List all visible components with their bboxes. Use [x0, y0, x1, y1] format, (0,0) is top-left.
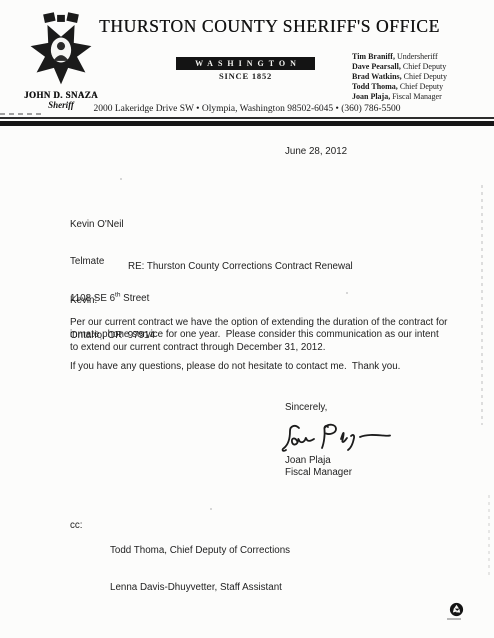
letter-date: June 28, 2012 — [285, 146, 347, 158]
staff-title: Undersheriff — [397, 52, 438, 61]
handwritten-signature-icon — [281, 421, 407, 459]
scan-speck — [120, 178, 122, 180]
cc-entry: Todd Thoma, Chief Deputy of Corrections — [110, 545, 410, 557]
scan-smudge — [447, 618, 461, 620]
body-paragraph-2: If you have any questions, please do not… — [70, 361, 448, 373]
since-line: SINCE 1852 — [176, 71, 315, 81]
staff-title: Chief Deputy — [404, 72, 447, 81]
staff-name: Dave Pearsall, — [352, 62, 401, 71]
cc-list: Todd Thoma, Chief Deputy of Corrections … — [110, 520, 410, 619]
office-address-line: 2000 Lakeridge Drive SW • Olympia, Washi… — [47, 104, 447, 114]
staff-list: Tim Braniff,Undersheriff Dave Pearsall,C… — [352, 52, 492, 102]
scan-speck — [346, 292, 348, 294]
body-paragraph-1: Per our current contract we have the opt… — [70, 317, 448, 354]
staff-row: Joan Plaja,Fiscal Manager — [352, 92, 492, 102]
recipient-name: Kevin O'Neil — [70, 219, 290, 231]
scan-artifact-line — [488, 495, 490, 575]
staff-row: Dave Pearsall,Chief Deputy — [352, 62, 492, 72]
scanned-letter-page: JOHN D. SNAZA Sheriff THURSTON COUNTY SH… — [0, 0, 494, 638]
sheriff-star-badge-icon — [22, 10, 100, 90]
recipient-street: 1108 SE 6th Street — [70, 293, 290, 305]
staff-title: Chief Deputy — [400, 82, 443, 91]
staff-name: Brad Watkins, — [352, 72, 402, 81]
washington-banner: WASHINGTON — [176, 57, 315, 70]
staff-row: Brad Watkins,Chief Deputy — [352, 72, 492, 82]
office-title: THURSTON COUNTY SHERIFF'S OFFICE — [99, 16, 459, 37]
scan-speck — [210, 508, 212, 510]
closing: Sincerely, — [285, 402, 327, 414]
signer-name: Joan Plaja — [285, 455, 331, 467]
scan-speck — [100, 338, 102, 340]
letterhead-rule-thick — [0, 121, 494, 126]
staff-name: Todd Thoma, — [352, 82, 398, 91]
recycled-paper-icon — [449, 602, 464, 617]
cc-entry: Lenna Davis-Dhuyvetter, Staff Assistant — [110, 582, 410, 594]
signer-title: Fiscal Manager — [285, 467, 352, 479]
staff-name: Tim Braniff, — [352, 52, 395, 61]
letterhead-rule-thin — [0, 117, 494, 119]
staff-row: Todd Thoma,Chief Deputy — [352, 82, 492, 92]
sheriff-name: JOHN D. SNAZA — [6, 90, 116, 100]
salutation: Kevin: — [70, 295, 97, 307]
staff-title: Fiscal Manager — [392, 92, 442, 101]
scan-artifact-line — [481, 185, 483, 425]
staff-row: Tim Braniff,Undersheriff — [352, 52, 492, 62]
staff-name: Joan Plaja, — [352, 92, 390, 101]
subject-line: RE: Thurston County Corrections Contract… — [128, 261, 458, 273]
cc-label: cc: — [70, 520, 83, 532]
street-rest: Street — [120, 293, 149, 304]
scan-smudge — [0, 113, 44, 115]
staff-title: Chief Deputy — [403, 62, 446, 71]
